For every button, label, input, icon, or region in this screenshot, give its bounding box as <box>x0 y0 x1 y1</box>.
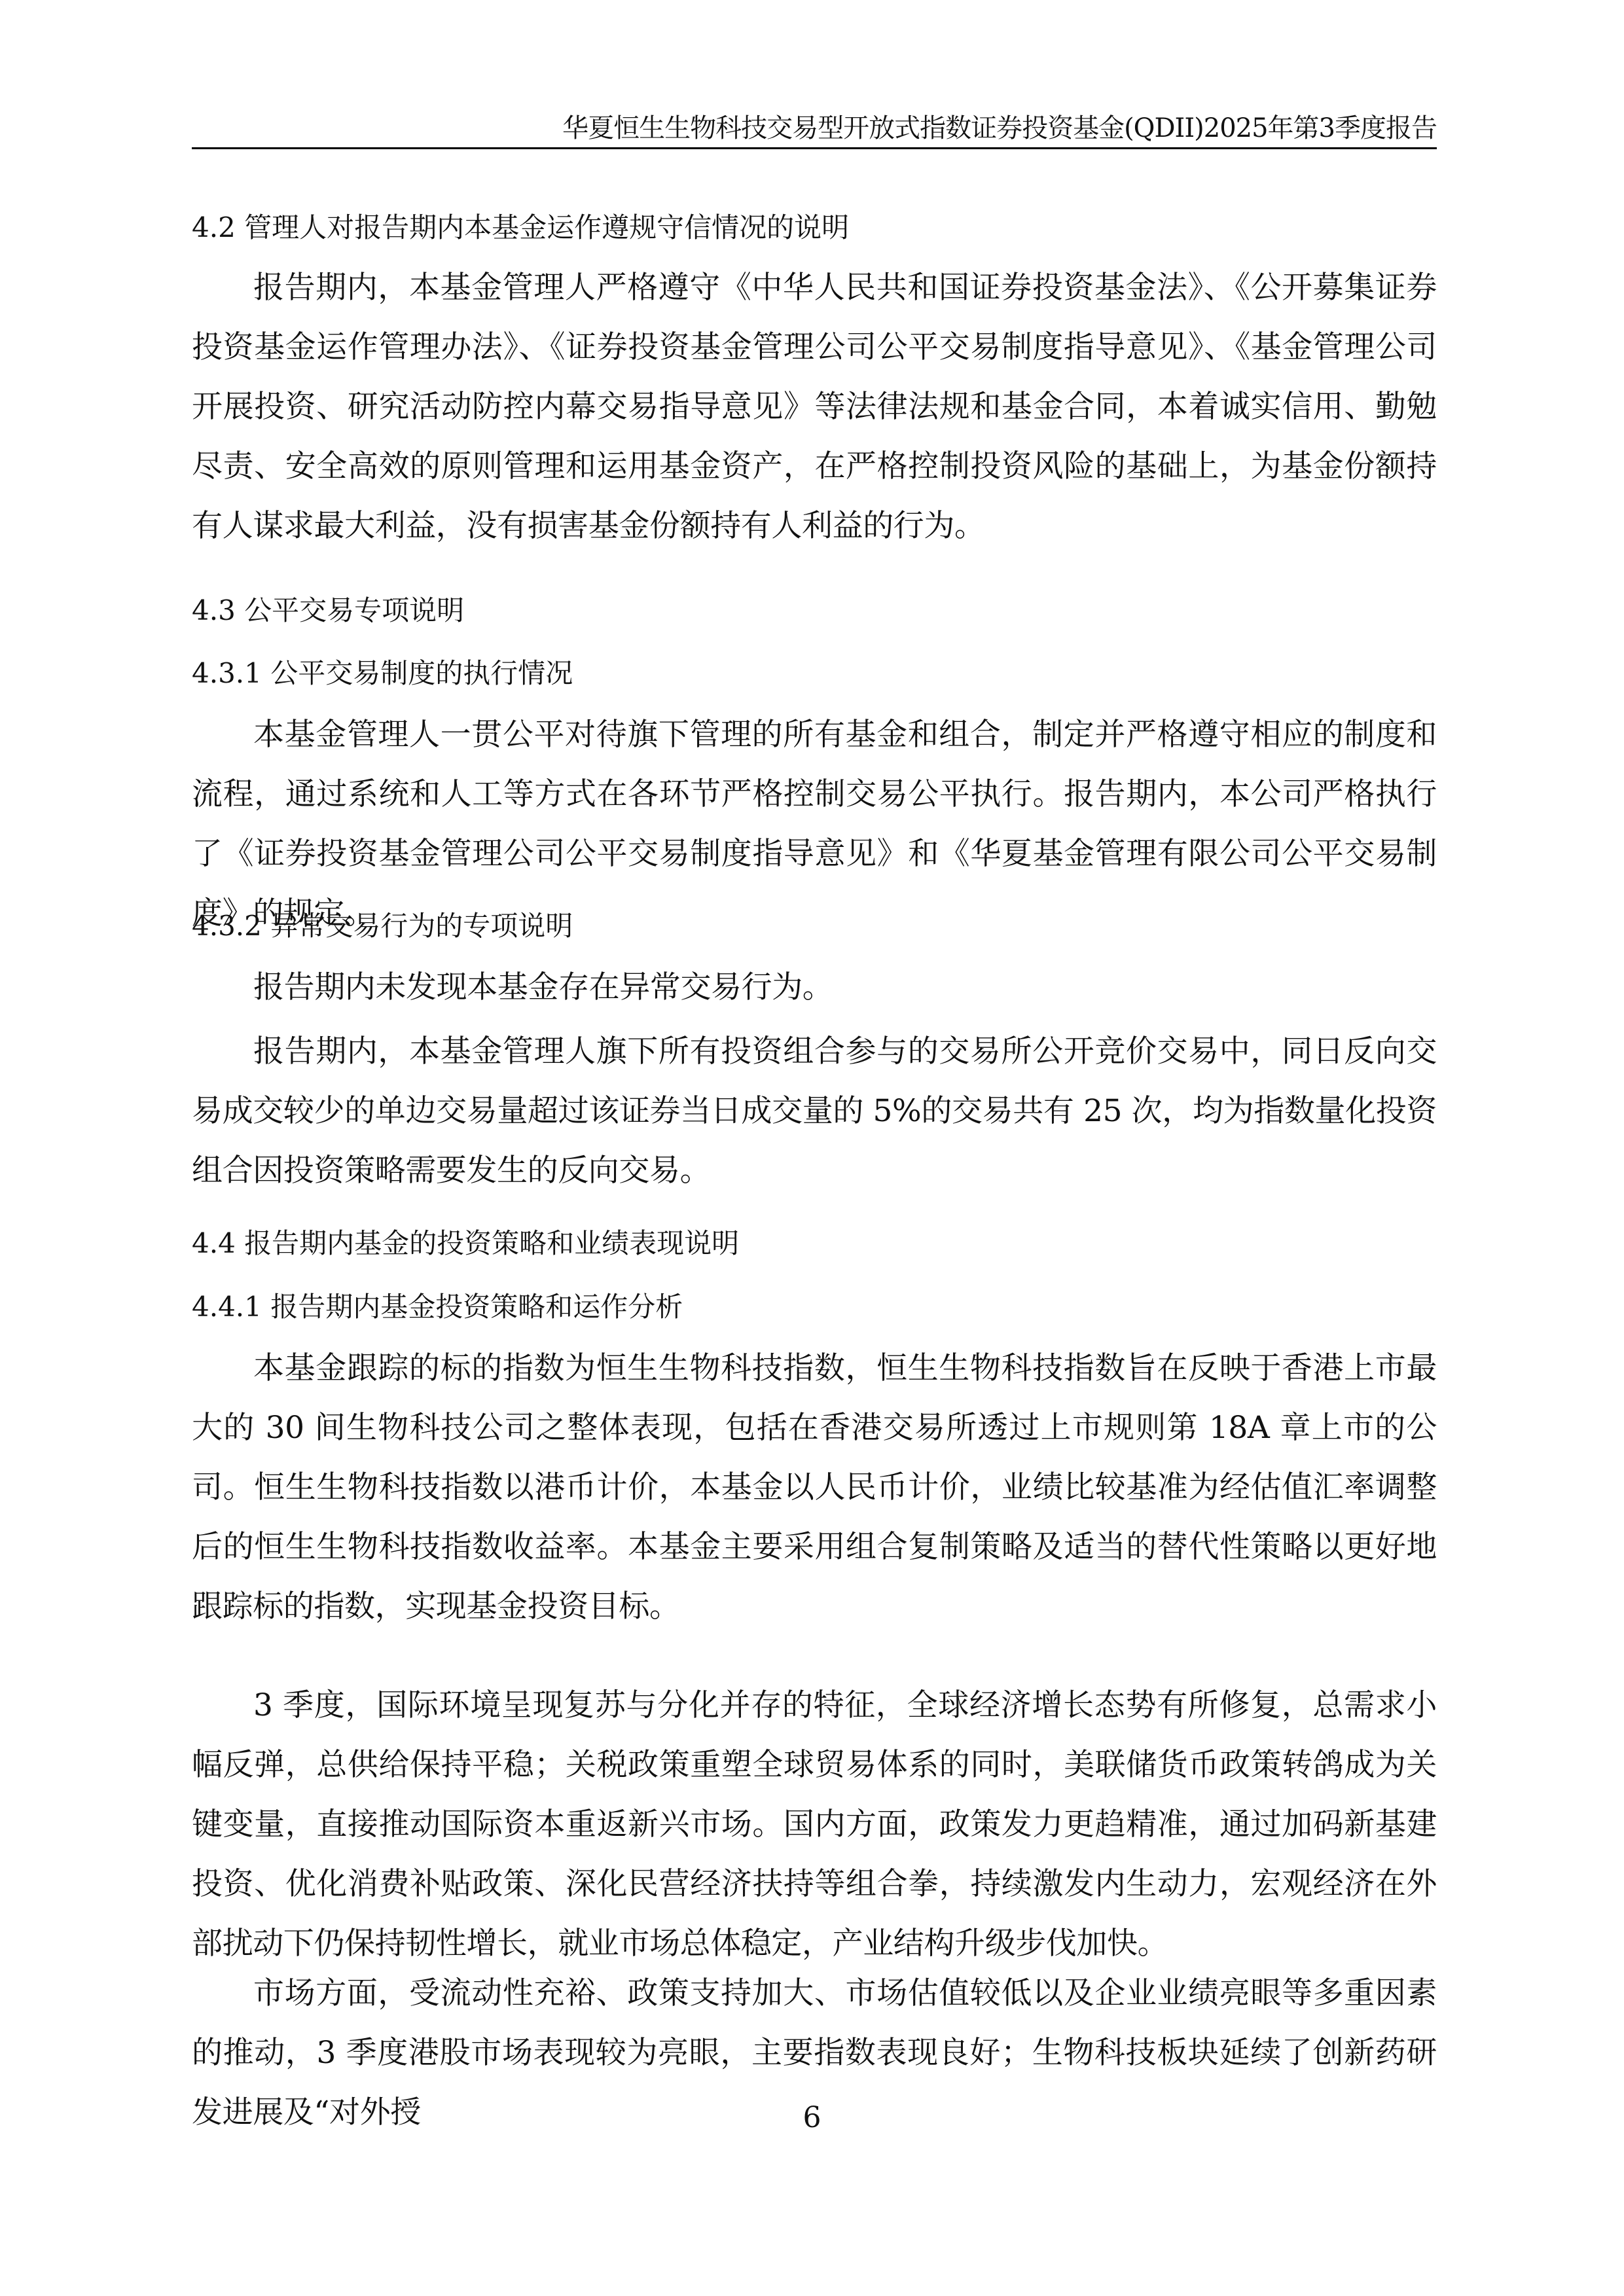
subsection-heading: 4.3.1 公平交易制度的执行情况 <box>192 654 1437 693</box>
section-4-3-2: 4.3.2 异常交易行为的专项说明 <box>192 906 1437 946</box>
section-4-4-1-body-2: 3 季度，国际环境呈现复苏与分化并存的特征，全球经济增长态势有所修复，总需求小幅… <box>192 1676 1437 1973</box>
section-4-4: 4.4 报告期内基金的投资策略和业绩表现说明 <box>192 1224 1437 1263</box>
paragraph: 报告期内未发现本基金存在异常交易行为。 <box>192 958 1437 1017</box>
paragraph: 报告期内，本基金管理人严格遵守《中华人民共和国证券投资基金法》、《公开募集证券投… <box>192 258 1437 556</box>
header-divider <box>192 147 1437 149</box>
section-4-3-2-body-1: 报告期内未发现本基金存在异常交易行为。 <box>192 958 1437 1017</box>
section-heading: 4.2 管理人对报告期内本基金运作遵规守信情况的说明 <box>192 208 1437 247</box>
section-4-2: 4.2 管理人对报告期内本基金运作遵规守信情况的说明 <box>192 208 1437 247</box>
section-4-3-1: 4.3.1 公平交易制度的执行情况 <box>192 654 1437 693</box>
section-heading: 4.3 公平交易专项说明 <box>192 591 1437 630</box>
section-heading: 4.4 报告期内基金的投资策略和业绩表现说明 <box>192 1224 1437 1263</box>
paragraph: 本基金跟踪的标的指数为恒生生物科技指数，恒生生物科技指数旨在反映于香港上市最大的… <box>192 1338 1437 1636</box>
page-number: 6 <box>0 2100 1624 2136</box>
page-header: 华夏恒生生物科技交易型开放式指数证券投资基金(QDII)2025年第3季度报告 <box>192 110 1437 149</box>
paragraph: 3 季度，国际环境呈现复苏与分化并存的特征，全球经济增长态势有所修复，总需求小幅… <box>192 1676 1437 1973</box>
paragraph: 报告期内，本基金管理人旗下所有投资组合参与的交易所公开竞价交易中，同日反向交易成… <box>192 1022 1437 1200</box>
subsection-heading: 4.3.2 异常交易行为的专项说明 <box>192 906 1437 946</box>
report-title: 华夏恒生生物科技交易型开放式指数证券投资基金(QDII)2025年第3季度报告 <box>562 110 1437 147</box>
subsection-heading: 4.4.1 报告期内基金投资策略和运作分析 <box>192 1287 1437 1327</box>
section-4-2-body: 报告期内，本基金管理人严格遵守《中华人民共和国证券投资基金法》、《公开募集证券投… <box>192 258 1437 556</box>
section-4-4-1-body-1: 本基金跟踪的标的指数为恒生生物科技指数，恒生生物科技指数旨在反映于香港上市最大的… <box>192 1338 1437 1636</box>
section-4-4-1: 4.4.1 报告期内基金投资策略和运作分析 <box>192 1287 1437 1327</box>
section-4-3-2-body-2: 报告期内，本基金管理人旗下所有投资组合参与的交易所公开竞价交易中，同日反向交易成… <box>192 1022 1437 1200</box>
section-4-3: 4.3 公平交易专项说明 <box>192 591 1437 630</box>
